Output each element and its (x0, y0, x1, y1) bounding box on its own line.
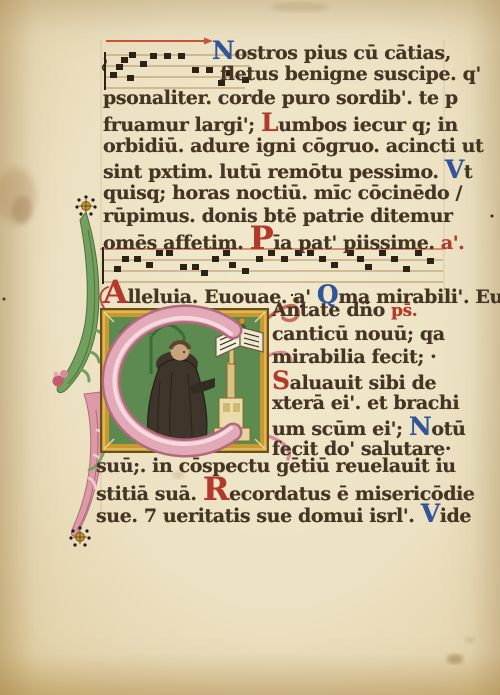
manuscript-text-line: Saluauit sibi de (272, 370, 436, 394)
manuscript-text-line: rūpimus. donis btē patrie ditemur (103, 206, 453, 227)
manuscript-text-line: Antate dño ps̄. (272, 300, 417, 322)
decorated-initial: L (261, 108, 278, 137)
text-segment: lleluia. Euouae. (127, 286, 293, 308)
text-segment: t (464, 161, 472, 183)
text-segment: aluauit sibi de (290, 372, 436, 394)
text-segment: fletus benigne suscipe. q' (220, 63, 481, 85)
manuscript-text-line: Nostros pius cū cātias, (212, 40, 451, 64)
decorated-initial: V (421, 499, 440, 528)
manuscript-text-line: canticū nouū; qa (272, 324, 445, 345)
text-segment: Antate dño (272, 299, 391, 321)
manuscript-text-line: fletus benigne suscipe. q' (220, 64, 481, 85)
manuscript-text-line: xterā ei'. et brachi (272, 393, 459, 414)
text-segment: umbos iecur q; in (278, 114, 458, 136)
manuscript-text-line: quisq; horas noctiū. mīc cōcinēdo / (103, 183, 462, 204)
text-segment: um scūm ei'; (272, 418, 409, 440)
text-segment: xterā ei'. et brachi (272, 392, 459, 414)
manuscript-text-line: mirabilia fecit; · (272, 347, 436, 368)
text-segment: canticū nouū; qa (272, 323, 445, 345)
text-segment: īa pat' piissime. (273, 232, 441, 254)
manuscript-text-line: orbidiū. adure igni cōgruo. acincti ut (103, 136, 483, 157)
manuscript-text-line: sue. 7 ueritatis sue domui isrl'. Vide (96, 503, 471, 527)
text-segment: psonaliter. corde puro sordib'. te p (103, 87, 458, 109)
manuscript-text-line: suū;. in cōspectu gētiū reuelauit iu (96, 456, 456, 477)
text-segment: ide (440, 505, 471, 527)
text-segment: mirabilia fecit; · (272, 346, 436, 368)
text-segment: suū;. in cōspectu gētiū reuelauit iu (96, 455, 456, 477)
text-segment: stitiā suā. (96, 483, 203, 505)
manuscript-text-line: sint pxtim. lutū remōtu pessimo. Vt (103, 159, 472, 183)
decorated-initial: ps̄. (391, 301, 417, 321)
text-layer: Nostros pius cū cātias,fletus benigne su… (0, 0, 500, 695)
decorated-initial: V (445, 155, 464, 184)
text-segment: a'. (441, 232, 465, 254)
text-segment: quisq; horas noctiū. mīc cōcinēdo / (103, 182, 462, 204)
decorated-initial: N (212, 36, 234, 65)
manuscript-text-line: psonaliter. corde puro sordib'. te p (103, 88, 458, 109)
manuscript-text-line: fruamur largi'; Lumbos iecur q; in (103, 112, 458, 136)
manuscript-text-line: stitiā suā. Recordatus ē misericōdie (96, 479, 475, 505)
manuscript-text-line: omēs affetim. Pīa pat' piissime. a'. (103, 228, 464, 254)
text-segment: orbidiū. adure igni cōgruo. acincti ut (103, 135, 483, 157)
decorated-initial: P (250, 219, 274, 257)
text-segment: ostros pius cū cātias, (234, 42, 450, 64)
decorated-initial: A (103, 273, 127, 311)
text-segment: otū (431, 418, 465, 440)
text-segment: sue. 7 ueritatis sue domui isrl'. (96, 505, 421, 527)
manuscript-page: Nostros pius cū cātias,fletus benigne su… (0, 0, 500, 695)
text-segment: fruamur largi'; (103, 114, 261, 136)
decorated-initial: S (272, 366, 290, 395)
text-segment: sint pxtim. lutū remōtu pessimo. (103, 161, 445, 183)
manuscript-text-line: um scūm ei'; Notū (272, 416, 465, 440)
decorated-initial: N (409, 412, 431, 441)
text-segment: rūpimus. donis btē patrie ditemur (103, 205, 453, 227)
text-segment: omēs affetim. (103, 232, 250, 254)
